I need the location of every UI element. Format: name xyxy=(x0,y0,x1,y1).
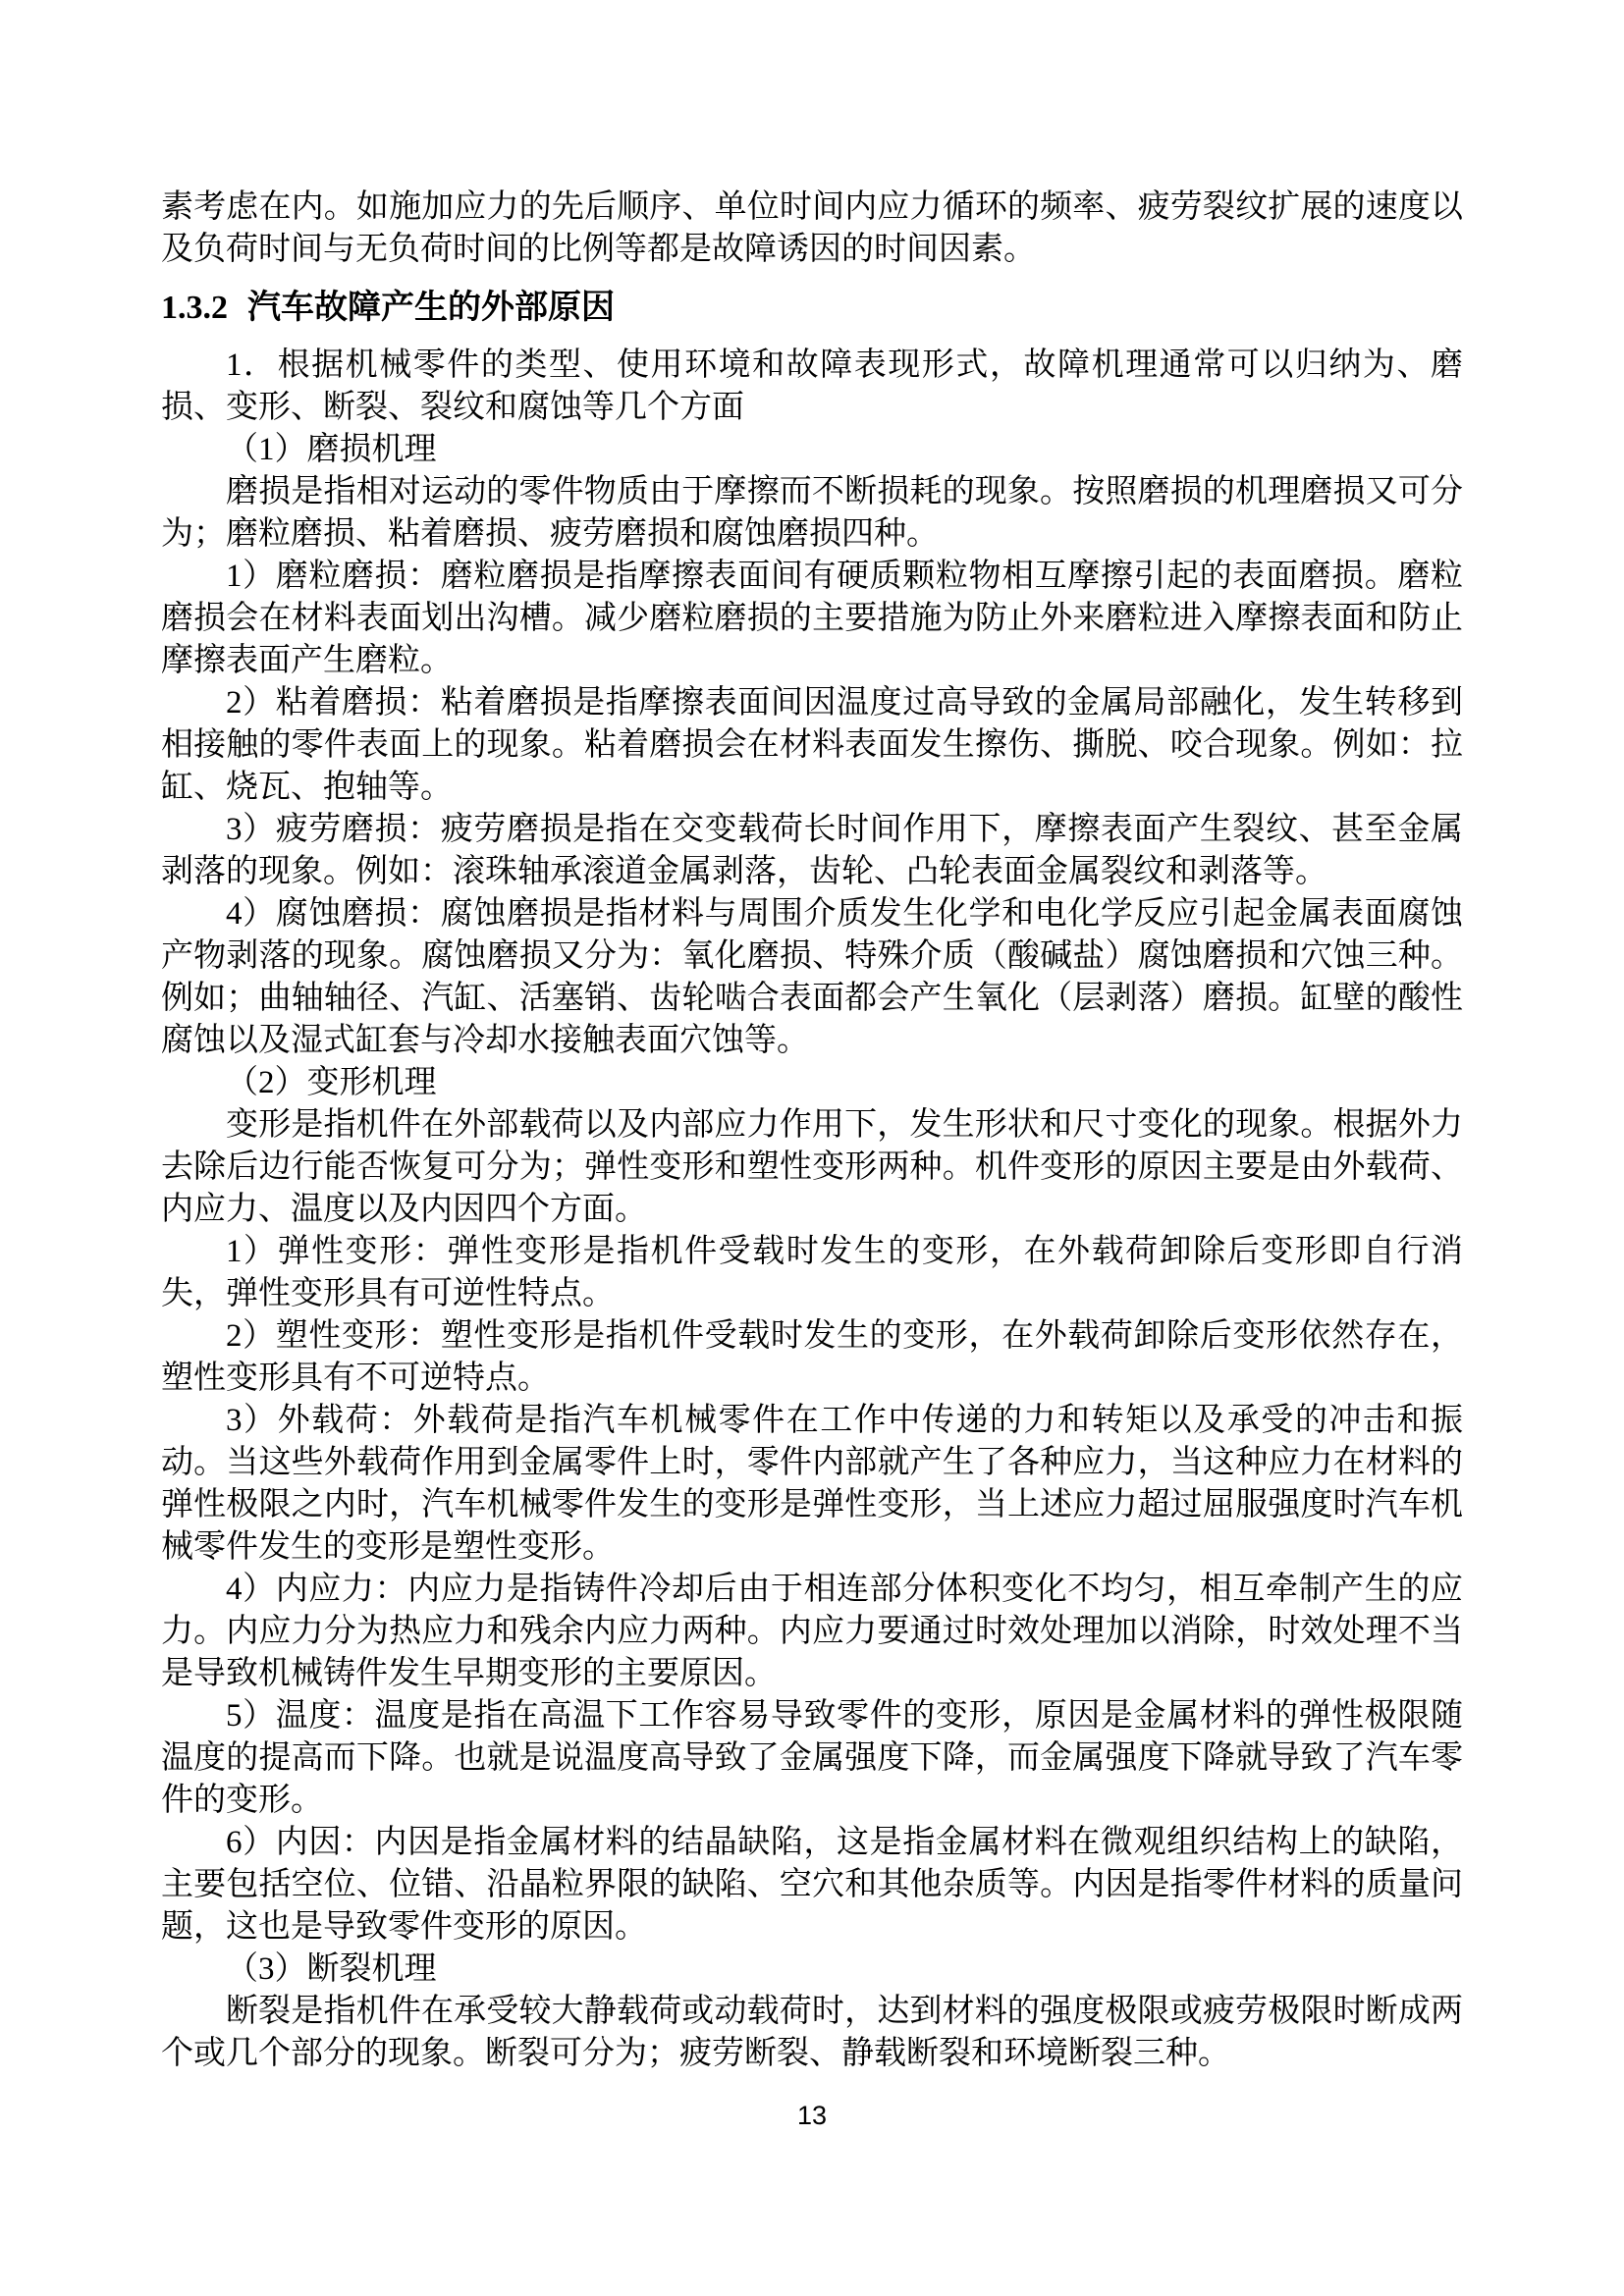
paragraph: （1）磨损机理 xyxy=(161,429,1463,471)
paragraph: 5）温度：温度是指在高温下工作容易导致零件的变形，原因是金属材料的弹性极限随温度… xyxy=(161,1695,1463,1822)
paragraph: 4）腐蚀磨损：腐蚀磨损是指材料与周围介质发生化学和电化学反应引起金属表面腐蚀产物… xyxy=(161,893,1463,1062)
document-page: 素考虑在内。如施加应力的先后顺序、单位时间内应力循环的频率、疲劳裂纹扩展的速度以… xyxy=(0,0,1624,2296)
page-number: 13 xyxy=(161,2099,1463,2132)
paragraph: 磨损是指相对运动的零件物质由于摩擦而不断损耗的现象。按照磨损的机理磨损又可分为；… xyxy=(161,471,1463,556)
paragraph: （2）变形机理 xyxy=(161,1062,1463,1104)
paragraph: 断裂是指机件在承受较大静载荷或动载荷时，达到材料的强度极限或疲劳极限时断成两个或… xyxy=(161,1991,1463,2075)
paragraph: 6）内因：内因是指金属材料的结晶缺陷，这是指金属材料在微观组织结构上的缺陷，主要… xyxy=(161,1822,1463,1949)
paragraph: 1）磨粒磨损：磨粒磨损是指摩擦表面间有硬质颗粒物相互摩擦引起的表面磨损。磨粒磨损… xyxy=(161,556,1463,682)
paragraph: 3）疲劳磨损：疲劳磨损是指在交变载荷长时间作用下，摩擦表面产生裂纹、甚至金属剥落… xyxy=(161,809,1463,893)
paragraph: 4）内应力：内应力是指铸件冷却后由于相连部分体积变化不均匀，相互牵制产生的应力。… xyxy=(161,1569,1463,1695)
paragraph: 变形是指机件在外部载荷以及内部应力作用下，发生形状和尺寸变化的现象。根据外力去除… xyxy=(161,1104,1463,1231)
section-number: 1.3.2 xyxy=(161,290,228,326)
paragraph: 素考虑在内。如施加应力的先后顺序、单位时间内应力循环的频率、疲劳裂纹扩展的速度以… xyxy=(161,187,1463,271)
section-title: 汽车故障产生的外部原因 xyxy=(247,289,615,326)
paragraph: 2）粘着磨损：粘着磨损是指摩擦表面间因温度过高导致的金属局部融化，发生转移到相接… xyxy=(161,682,1463,809)
paragraph: 1．根据机械零件的类型、使用环境和故障表现形式，故障机理通常可以归纳为、磨损、变… xyxy=(161,345,1463,429)
section-heading: 1.3.2汽车故障产生的外部原因 xyxy=(161,284,1463,332)
paragraph: 3）外载荷：外载荷是指汽车机械零件在工作中传递的力和转矩以及承受的冲击和振动。当… xyxy=(161,1400,1463,1569)
paragraph: 1）弹性变形：弹性变形是指机件受载时发生的变形，在外载荷卸除后变形即自行消失，弹… xyxy=(161,1231,1463,1315)
document-body: 素考虑在内。如施加应力的先后顺序、单位时间内应力循环的频率、疲劳裂纹扩展的速度以… xyxy=(161,187,1463,2075)
paragraph: （3）断裂机理 xyxy=(161,1949,1463,1991)
paragraph: 2）塑性变形：塑性变形是指机件受载时发生的变形，在外载荷卸除后变形依然存在，塑性… xyxy=(161,1315,1463,1400)
